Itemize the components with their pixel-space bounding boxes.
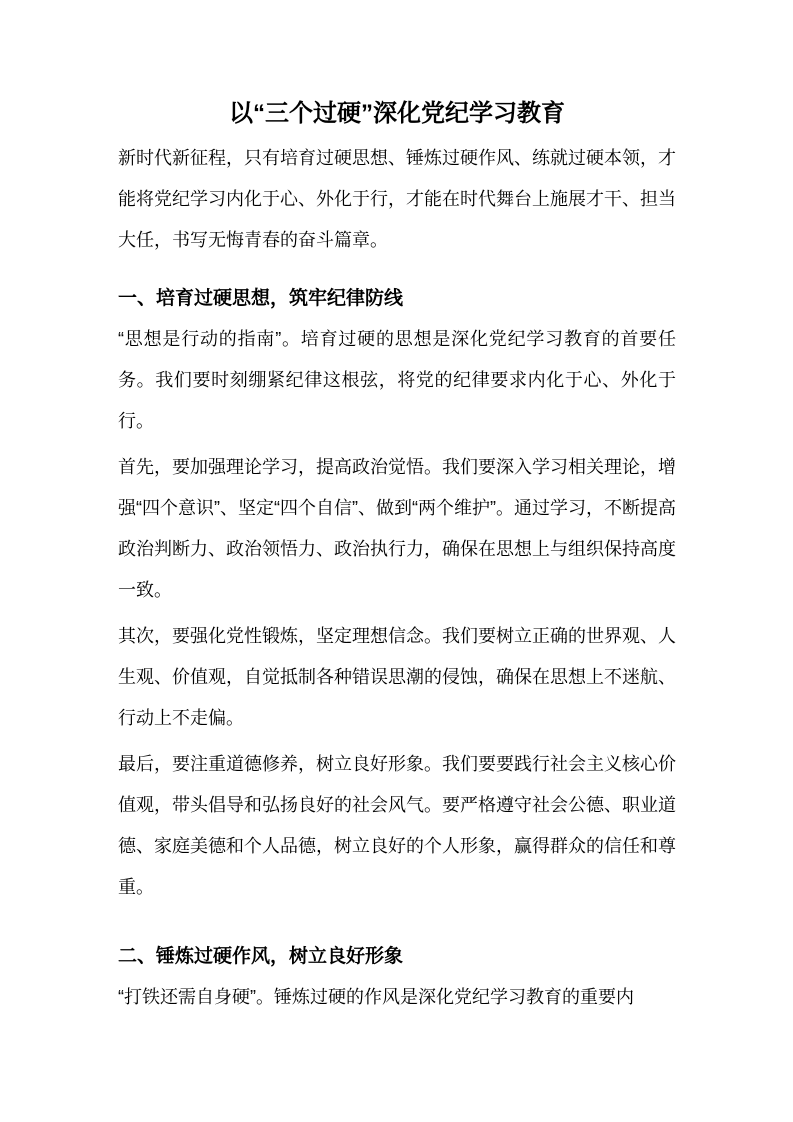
section-1-paragraph-4: 最后，要注重道德修养，树立良好形象。我们要要践行社会主义核心价值观，带头倡导和弘… xyxy=(118,744,676,908)
section-2-heading: 二、锤炼过硬作风，树立良好形象 xyxy=(118,936,676,977)
document-title: 以“三个过硬”深化党纪学习教育 xyxy=(118,92,676,136)
section-1-paragraph-2: 首先，要加强理论学习，提高政治觉悟。我们要深入学习相关理论，增强“四个意识”、坚… xyxy=(118,447,676,611)
section-1-paragraph-1: “思想是行动的指南”。培育过硬的思想是深化党纪学习教育的首要任务。我们要时刻绷紧… xyxy=(118,319,676,442)
intro-paragraph: 新时代新征程，只有培育过硬思想、锤炼过硬作风、练就过硬本领，才能将党纪学习内化于… xyxy=(118,138,676,261)
section-2-paragraph-1: “打铁还需自身硬”。锤炼过硬的作风是深化党纪学习教育的重要内 xyxy=(118,977,676,1018)
section-1-heading: 一、培育过硬思想，筑牢纪律防线 xyxy=(118,278,676,319)
document-page: 以“三个过硬”深化党纪学习教育 新时代新征程，只有培育过硬思想、锤炼过硬作风、练… xyxy=(0,0,793,1122)
section-1-paragraph-3: 其次，要强化党性锻炼，坚定理想信念。我们要树立正确的世界观、人生观、价值观，自觉… xyxy=(118,616,676,739)
